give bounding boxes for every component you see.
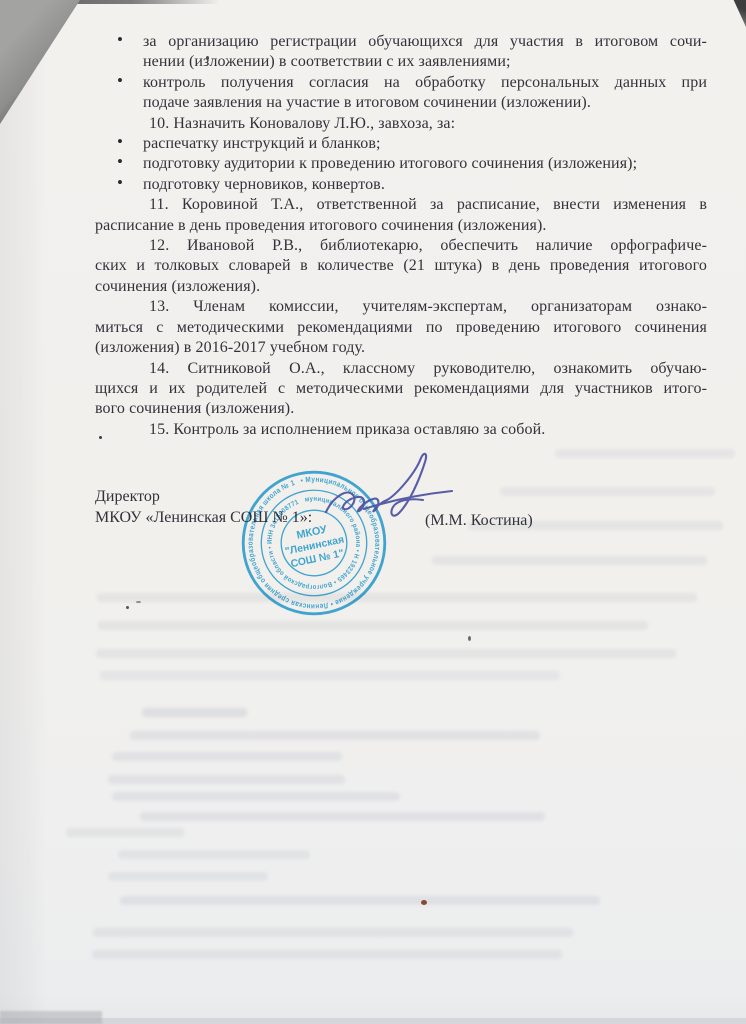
scan-speck [126,606,129,609]
bullet-marker: • [117,152,123,172]
text-line: миться с методическими рекомендациями по… [95,318,707,338]
scan-corner-notch [727,0,746,27]
paragraph: 10. Назначить Коновалову Л.Ю., завхоза, … [95,114,707,134]
text-line: (изложения) в 2016-2017 учебном году. [95,338,707,358]
bleed-through-line [96,649,676,658]
text-line: вого сочинения (изложения). [95,399,707,419]
bleed-through-line [66,828,184,837]
scan-left-edge-shadow [0,0,47,1024]
text-line: щихся и их родителей с методическими рек… [95,379,707,399]
text-line: 10. Назначить Коновалову Л.Ю., завхоза, … [95,114,707,134]
text-line: нении (изложении) в соответствии с их за… [143,52,707,72]
scanned-document-page: •за организацию регистрации обучающихся … [0,0,746,1024]
bleed-through-line [142,708,247,717]
bullet-marker: • [117,71,123,91]
bleed-through-line [108,775,345,784]
signature-ink-graphic [320,450,480,536]
text-line: ских и толковых словарей в количестве (2… [95,256,707,276]
bleed-through-line [140,812,545,821]
paragraph: 15. Контроль за исполнением приказа оста… [95,420,707,440]
text-line: подготовку аудитории к проведению итогов… [143,154,707,174]
paragraph: 14. Ситниковой О.А., классному руководит… [95,359,707,420]
bleed-through-line [112,792,400,801]
bleed-through-line [112,752,342,761]
text-line: 13. Членам комиссии, учителям-экспертам,… [95,297,707,317]
paragraph: 12. Ивановой Р.В., библиотекарю, обеспеч… [95,236,707,297]
bullet-marker: • [117,173,123,193]
text-line: расписание в день проведения итогового с… [95,216,707,236]
bullet-item: •за организацию регистрации обучающихся … [143,32,707,73]
paragraph: 13. Членам комиссии, учителям-экспертам,… [95,297,707,358]
text-line: сочинения (изложения). [95,277,707,297]
bleed-through-line [555,449,735,458]
text-line: 15. Контроль за исполнением приказа оста… [95,420,707,440]
text-line: за организацию регистрации обучающихся д… [143,32,707,52]
scan-speck [468,636,471,641]
scan-speck [136,601,141,603]
bleed-through-line [118,850,310,859]
scan-corner-fold [0,0,80,124]
text-line: подготовку черновиков, конвертов. [143,175,707,195]
bullet-item: •контроль получения согласия на обработк… [143,73,707,114]
bleed-through-line [120,896,600,905]
text-line: 11. Коровиной Т.А., ответственной за рас… [95,195,707,215]
text-line: 12. Ивановой Р.В., библиотекарю, обеспеч… [95,236,707,256]
scan-speck [421,900,427,905]
bullet-marker: • [117,30,123,50]
scan-speck [206,56,209,60]
bleed-through-line [130,731,540,740]
bleed-through-line [100,671,560,680]
scan-speck [99,436,102,439]
bullet-item: •подготовку аудитории к проведению итого… [143,154,707,174]
bullet-marker: • [117,132,123,152]
text-line: контроль получения согласия на обработку… [143,73,707,93]
paragraph: 11. Коровиной Т.А., ответственной за рас… [95,195,707,236]
text-line: 14. Ситниковой О.А., классному руководит… [95,359,707,379]
scan-bottom-edge [0,1018,746,1024]
signature [320,450,480,536]
document-text: •за организацию регистрации обучающихся … [95,32,707,440]
text-line: распечатку инструкций и бланков; [143,134,707,154]
bullet-item: •подготовку черновиков, конвертов. [143,175,707,195]
bullet-item: •распечатку инструкций и бланков; [143,134,707,154]
bleed-through-line [92,950,562,959]
bleed-through-line [108,872,268,881]
text-line: подаче заявления на участие в итоговом с… [143,93,707,113]
bleed-through-line [93,928,573,937]
